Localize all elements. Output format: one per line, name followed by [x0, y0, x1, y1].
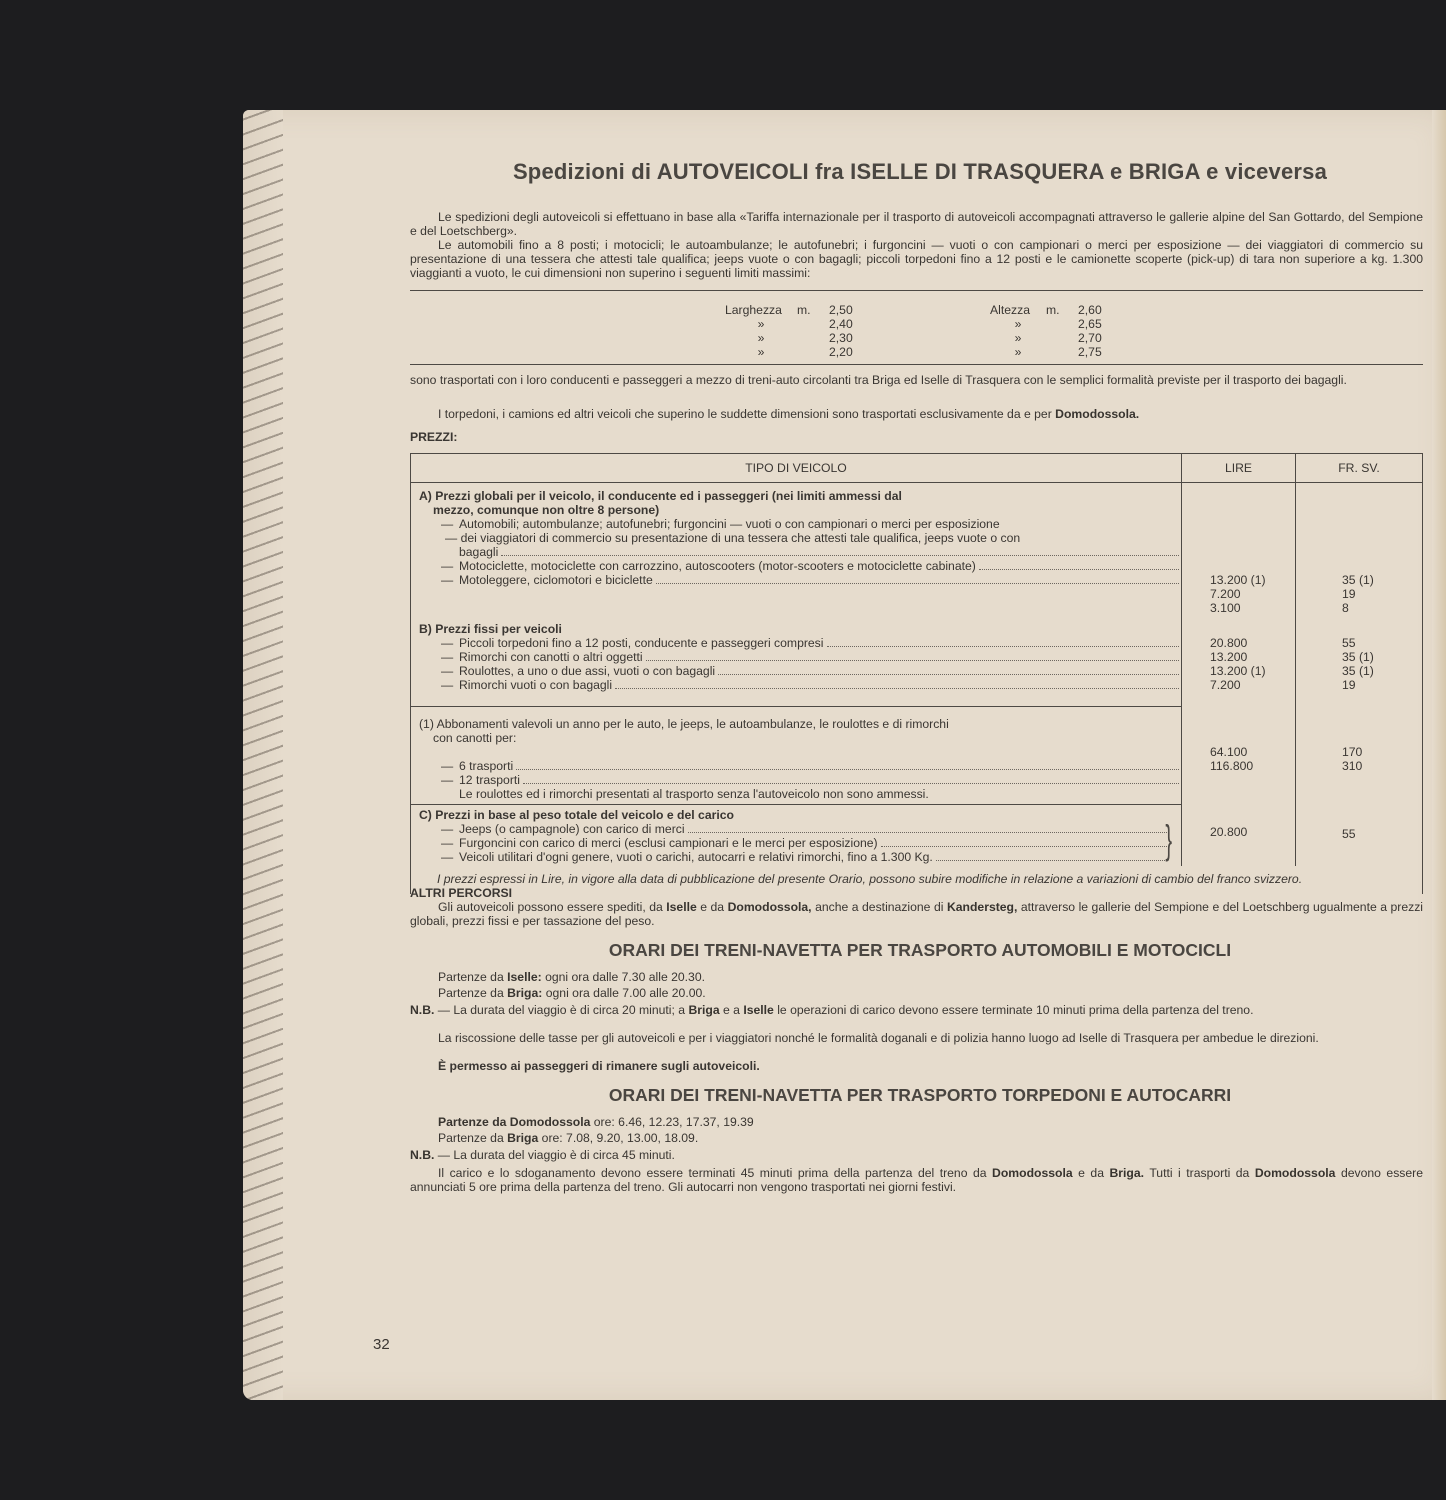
height-limits: Altezzam.2,60 »2,65 »2,70 »2,75 [990, 303, 1138, 359]
nb-torpedoni: N.B. — La durata del viaggio è di circa … [410, 1148, 1423, 1162]
height-value: 2,60 [1078, 303, 1138, 317]
table-row: —Roulottes, a uno o due assi, vuoti o co… [419, 664, 1181, 678]
column-header-fr: FR. SV. [1296, 454, 1423, 483]
price-fr: 35 (1) [1342, 573, 1422, 587]
width-value: 2,50 [829, 303, 889, 317]
price-lire: 13.200 (1) [1210, 573, 1295, 587]
table-row: —Veicoli utilitari d'ogni genere, vuoti … [419, 850, 1169, 864]
table-row: —Rimorchi vuoti o con bagagli [419, 678, 1181, 692]
price-lire: 20.800 [1210, 636, 1295, 650]
section-b-title: B) Prezzi fissi per veicoli [419, 622, 1181, 636]
binding-spine [243, 110, 283, 1400]
width-value: 2,40 [829, 317, 889, 331]
orari-auto-heading: ORARI DEI TRENI-NAVETTA PER TRASPORTO AU… [490, 943, 1350, 957]
price-fr: 19 [1342, 678, 1422, 692]
height-value: 2,65 [1078, 317, 1138, 331]
price-fr: 35 (1) [1342, 650, 1422, 664]
carico-paragraph: Il carico e lo sdoganamento devono esser… [410, 1166, 1423, 1194]
partenze-briga-torpedoni: Partenze da Briga ore: 7.08, 9.20, 13.00… [410, 1131, 1446, 1145]
divider-top [410, 290, 1423, 291]
footnote-subscriptions: (1) Abbonamenti valevoli un anno per le … [411, 707, 1423, 805]
permesso-note: È permesso ai passeggeri di rimanere sug… [410, 1059, 1423, 1073]
intro-paragraph-2: Le automobili fino a 8 posti; i motocicl… [410, 238, 1423, 280]
page-title: Spedizioni di AUTOVEICOLI fra ISELLE DI … [490, 165, 1350, 179]
footnote-note: Le roulottes ed i rimorchi presentati al… [419, 787, 1181, 801]
partenze-domodossola: Partenze da Domodossola ore: 6.46, 12.23… [410, 1115, 1446, 1129]
altri-percorsi-text: Gli autoveicoli possono essere spediti, … [410, 900, 1423, 928]
partenze-briga: Partenze da Briga: ogni ora dalle 7.00 a… [410, 986, 1446, 1000]
section-c: C) Prezzi in base al peso totale del vei… [411, 805, 1423, 867]
price-fr: 55 [1296, 805, 1422, 841]
section-b: B) Prezzi fissi per veicoli —Piccoli tor… [411, 615, 1423, 707]
width-value: 2,20 [829, 345, 889, 359]
table-row: —Furgoncini con carico di merci (esclusi… [419, 836, 1169, 850]
prezzi-label: PREZZI: [410, 430, 1423, 444]
price-lire: 13.200 (1) [1210, 664, 1295, 678]
section-a-title: A) Prezzi globali per il veicolo, il con… [419, 489, 1181, 503]
table-row: —Automobili; autombulanze; autofunebri; … [419, 517, 1181, 531]
table-row: —Jeeps (o campagnole) con carico di merc… [419, 822, 1169, 836]
price-fr: 310 [1342, 759, 1422, 773]
column-header-tipo: TIPO DI VEICOLO [411, 454, 1182, 483]
height-value: 2,75 [1078, 345, 1138, 359]
price-lire: 13.200 [1210, 650, 1295, 664]
nb-auto: N.B. — La durata del viaggio è di circa … [410, 1003, 1423, 1017]
price-fr: 170 [1342, 745, 1422, 759]
altri-percorsi-heading: ALTRI PERCORSI [410, 886, 1423, 900]
column-header-lire: LIRE [1182, 454, 1296, 483]
transport-paragraph: sono trasportati con i loro conducenti e… [410, 373, 1423, 387]
table-row: —Motoleggere, ciclomotori e biciclette [419, 573, 1181, 587]
height-value: 2,70 [1078, 331, 1138, 345]
price-lire: 64.100 [1210, 745, 1295, 759]
riscossione-paragraph: La riscossione delle tasse per gli autov… [410, 1031, 1423, 1045]
partenze-iselle: Partenze da Iselle: ogni ora dalle 7.30 … [410, 970, 1446, 984]
table-row: —12 trasporti [419, 773, 1181, 787]
height-label: Altezza [990, 303, 1046, 317]
price-lire: 3.100 [1210, 601, 1295, 615]
section-c-title: C) Prezzi in base al peso totale del vei… [419, 808, 1169, 822]
table-row: —Rimorchi con canotti o altri oggetti [419, 650, 1181, 664]
torpedoni-paragraph: I torpedoni, i camions ed altri veicoli … [410, 407, 1423, 421]
orari-torpedoni-heading: ORARI DEI TRENI-NAVETTA PER TRASPORTO TO… [490, 1088, 1350, 1102]
brace-icon: } [1165, 819, 1172, 861]
price-fr: 55 [1342, 636, 1422, 650]
table-header-row: TIPO DI VEICOLO LIRE FR. SV. [411, 454, 1423, 483]
section-a: A) Prezzi globali per il veicolo, il con… [411, 483, 1423, 616]
page-edge [1432, 110, 1446, 1400]
price-fr: 35 (1) [1342, 664, 1422, 678]
table-row: —6 trasporti [419, 759, 1181, 773]
width-label: Larghezza [725, 303, 797, 317]
price-table: TIPO DI VEICOLO LIRE FR. SV. A) Prezzi g… [410, 453, 1423, 894]
document-page: Spedizioni di AUTOVEICOLI fra ISELLE DI … [243, 110, 1446, 1400]
divider-bottom [410, 364, 1423, 365]
price-lire: 7.200 [1210, 678, 1295, 692]
table-row: —Piccoli torpedoni fino a 12 posti, cond… [419, 636, 1181, 650]
page-number: 32 [373, 1336, 390, 1353]
table-row: —Motociclette, motociclette con carrozzi… [419, 559, 1181, 573]
price-fr: 19 [1342, 587, 1422, 601]
width-value: 2,30 [829, 331, 889, 345]
price-fr: 8 [1342, 601, 1422, 615]
price-lire: 116.800 [1210, 759, 1295, 773]
price-lire: 7.200 [1210, 587, 1295, 601]
width-limits: Larghezzam.2,50 »2,40 »2,30 »2,20 [725, 303, 889, 359]
price-lire: 20.800 [1182, 805, 1295, 839]
footnote-text: (1) Abbonamenti valevoli un anno per le … [419, 717, 1181, 731]
intro-paragraph-1: Le spedizioni degli autoveicoli si effet… [410, 210, 1423, 238]
